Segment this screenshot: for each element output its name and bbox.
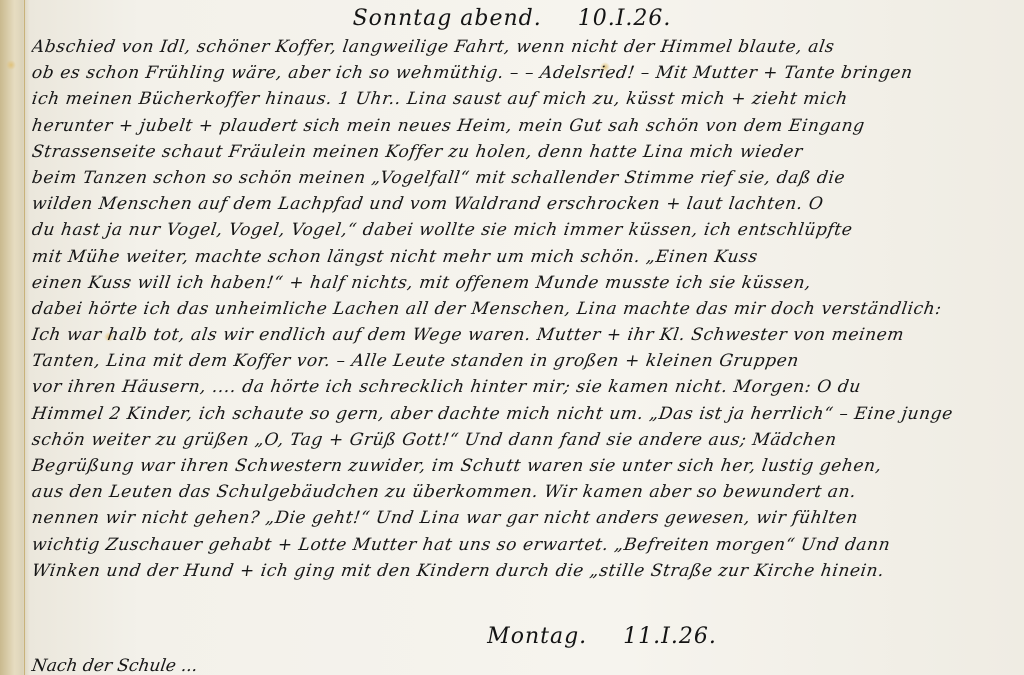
entry-line <box>30 584 1019 610</box>
entry-line: aus den Leuten das Schulgebäudchen zu üb… <box>30 479 1019 505</box>
entry-line: vor ihren Häusern, .... da hörte ich sch… <box>30 374 1019 400</box>
entry-line: Winken und der Hund + ich ging mit den K… <box>30 558 1019 584</box>
entry-line: ich meinen Bücherkoffer hinaus. 1 Uhr.. … <box>30 86 1019 112</box>
entry-date: 11.I.26. <box>623 624 717 649</box>
entry-line: Himmel 2 Kinder, ich schaute so gern, ab… <box>30 401 1019 427</box>
entry-line: ob es schon Frühling wäre, aber ich so w… <box>30 60 1019 86</box>
entry-date: 10.I.26. <box>578 6 672 31</box>
entry-line: du hast ja nur Vogel, Vogel, Vogel,“ dab… <box>30 217 1019 243</box>
entry-line: herunter + jubelt + plaudert sich mein n… <box>30 113 1019 139</box>
entry-line: Nach der Schule ... <box>31 656 1014 675</box>
entry-line: Strassenseite schaut Fräulein meinen Kof… <box>30 139 1019 165</box>
entry-day: Sonntag abend. <box>353 6 542 31</box>
page-binding-edge <box>0 0 25 675</box>
entry-line: Tanten, Lina mit dem Koffer vor. – Alle … <box>30 348 1019 374</box>
entry-heading: Montag. 11.I.26. <box>90 624 1024 649</box>
entry-line: nennen wir nicht gehen? „Die geht!“ Und … <box>30 505 1019 531</box>
entry-line: schön weiter zu grüßen „O, Tag + Grüß Go… <box>30 427 1019 453</box>
entry-line: mit Mühe weiter, machte schon längst nic… <box>30 244 1019 270</box>
entry-line: einen Kuss will ich haben!“ + half nicht… <box>30 270 1019 296</box>
entry-line: Ich war halb tot, als wir endlich auf de… <box>30 322 1019 348</box>
entry-line: wichtig Zuschauer gehabt + Lotte Mutter … <box>30 532 1019 558</box>
entry-line: Abschied von Idl, schöner Koffer, langwe… <box>30 34 1019 60</box>
entry-line: dabei hörte ich das unheimliche Lachen a… <box>30 296 1019 322</box>
entry-body: Abschied von Idl, schöner Koffer, langwe… <box>32 34 1017 610</box>
entry-day: Montag. <box>487 624 587 649</box>
entry-line: wilden Menschen auf dem Lachpfad und vom… <box>30 191 1019 217</box>
entry-line: Begrüßung war ihren Schwestern zuwider, … <box>30 453 1019 479</box>
diary-page: Sonntag abend. 10.I.26. Abschied von Idl… <box>0 0 1024 675</box>
entry-line: beim Tanzen schon so schön meinen „Vogel… <box>30 165 1019 191</box>
entry-heading: Sonntag abend. 10.I.26. <box>0 6 1024 31</box>
paper-stain <box>6 60 16 70</box>
